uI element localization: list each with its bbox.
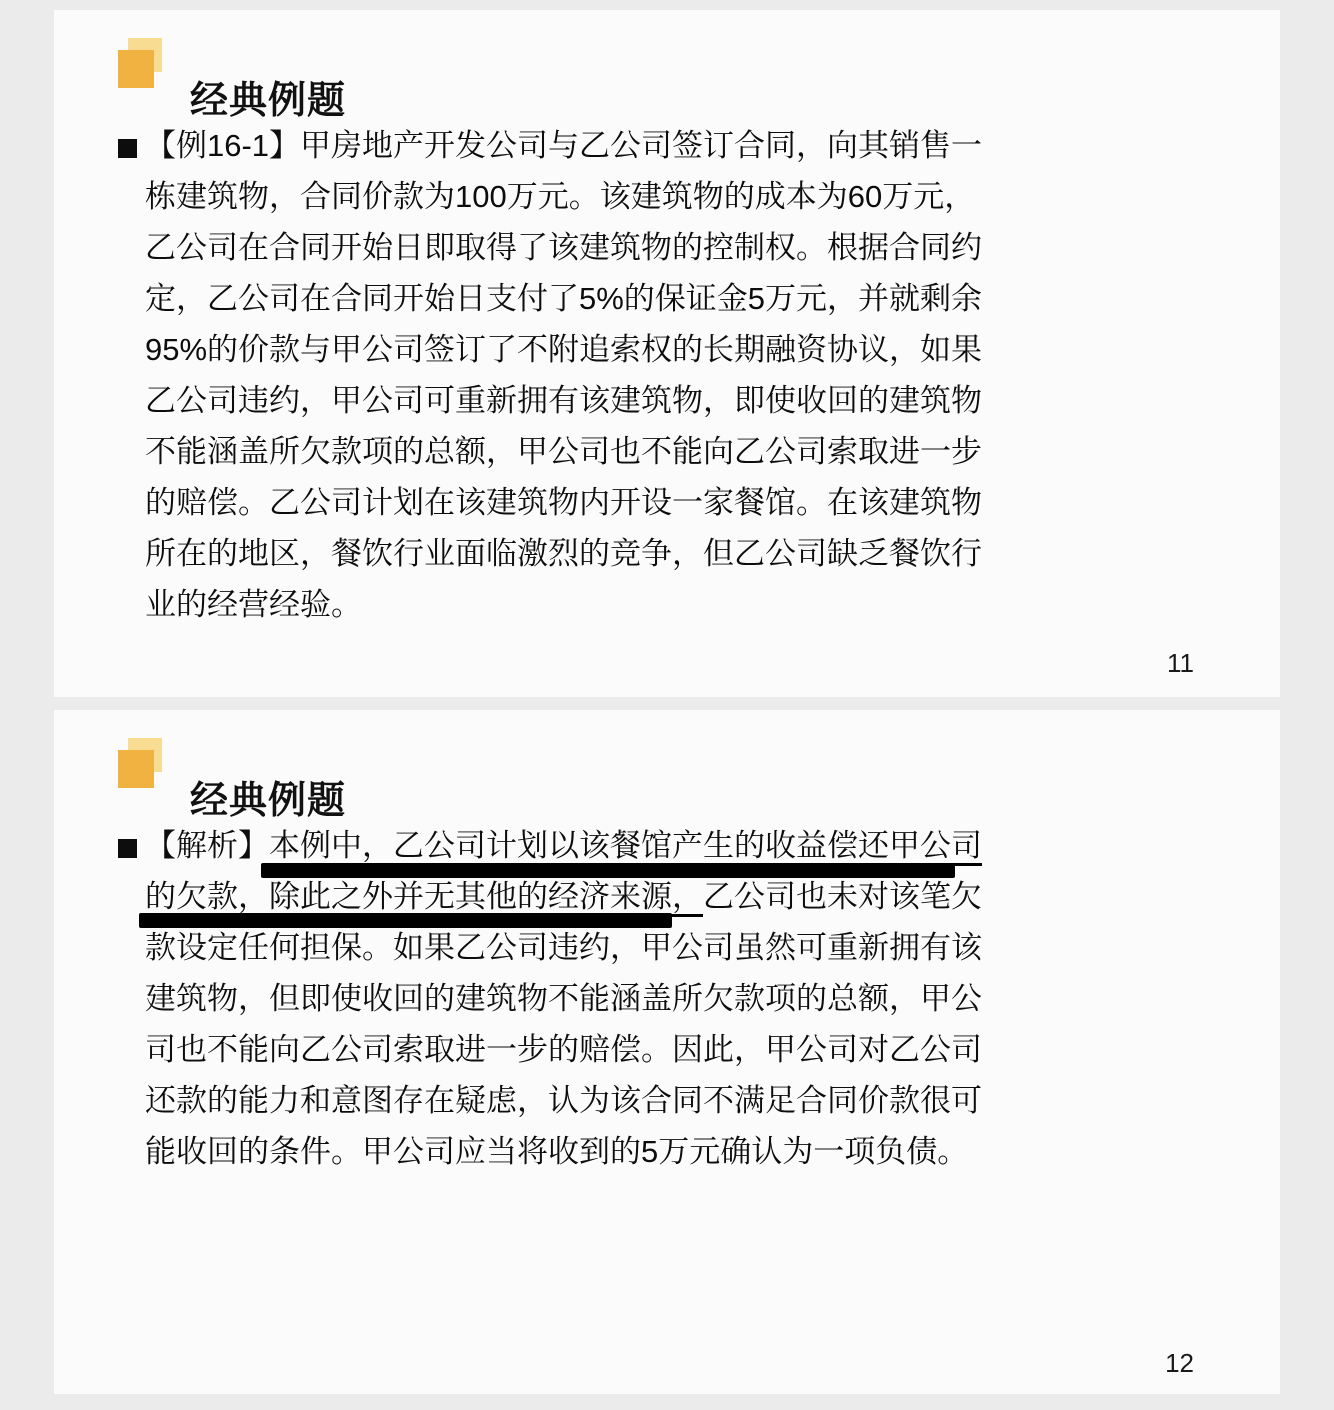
slide-page-12: 经典例题 【解析】本例中，乙公司计划以该餐馆产生的收益偿还甲公司的欠款，除此之外… (54, 710, 1280, 1394)
text-segment: 95%的价款与甲公司签订了不附追索权的长期融资协议，如果 (145, 332, 982, 367)
text-line: 业的经营经验。 (145, 579, 1005, 630)
text-line: 不能涵盖所欠款项的总额，甲公司也不能向乙公司索取进一步 (145, 426, 1005, 477)
slide-title: 经典例题 (190, 69, 346, 124)
text-line: 款设定任何担保。如果乙公司违约，甲公司虽然可重新拥有该 (145, 922, 1005, 973)
text-segment: 的赔偿。乙公司计划在该建筑物内开设一家餐馆。在该建筑物 (145, 485, 982, 520)
text-segment: 司也不能向乙公司索取进一步的赔偿。因此，甲公司对乙公司 (145, 1032, 982, 1067)
text-segment: 还款的能力和意图存在疑虑，认为该合同不满足合同价款很可 (145, 1083, 982, 1118)
text-line: 95%的价款与甲公司签订了不附追索权的长期融资协议，如果 (145, 324, 1005, 375)
hand-marker-underline (261, 863, 955, 878)
underlined-text-segment: 本例中，乙公司计划以该餐馆产生的收益偿还甲公司 (269, 828, 982, 866)
text-line: 能收回的条件。甲公司应当将收到的5万元确认为一项负债。 (145, 1126, 1005, 1177)
underlined-text-segment: 的欠款，除此之外并无其他的经济来源， (145, 879, 703, 917)
slide-page-11: 经典例题 【例16-1】甲房地产开发公司与乙公司签订合同，向其销售一栋建筑物，合… (54, 10, 1280, 697)
text-segment: 乙公司在合同开始日即取得了该建筑物的控制权。根据合同约 (145, 230, 982, 265)
example-paragraph: 【例16-1】甲房地产开发公司与乙公司签订合同，向其销售一栋建筑物，合同价款为1… (145, 120, 1005, 630)
title-badge-front-square-icon (118, 50, 154, 88)
text-line: 栋建筑物，合同价款为100万元。该建筑物的成本为60万元， (145, 171, 1005, 222)
text-segment: 乙公司违约，甲公司可重新拥有该建筑物，即使收回的建筑物 (145, 383, 982, 418)
title-badge-front-square-icon (118, 750, 154, 788)
text-line: 乙公司在合同开始日即取得了该建筑物的控制权。根据合同约 (145, 222, 1005, 273)
text-line: 定，乙公司在合同开始日支付了5%的保证金5万元，并就剩余 (145, 273, 1005, 324)
text-segment: 不能涵盖所欠款项的总额，甲公司也不能向乙公司索取进一步 (145, 434, 982, 469)
page-number: 11 (1167, 648, 1194, 679)
text-segment: 【例16-1】甲房地产开发公司与乙公司签订合同，向其销售一 (145, 128, 982, 163)
slide-title: 经典例题 (190, 769, 346, 824)
text-line: 还款的能力和意图存在疑虑，认为该合同不满足合同价款很可 (145, 1075, 1005, 1126)
text-line: 的赔偿。乙公司计划在该建筑物内开设一家餐馆。在该建筑物 (145, 477, 1005, 528)
text-line: 所在的地区，餐饮行业面临激烈的竞争，但乙公司缺乏餐饮行 (145, 528, 1005, 579)
text-line: 司也不能向乙公司索取进一步的赔偿。因此，甲公司对乙公司 (145, 1024, 1005, 1075)
text-segment: 建筑物，但即使收回的建筑物不能涵盖所欠款项的总额，甲公 (145, 981, 982, 1016)
text-segment: 【解析】 (145, 828, 269, 863)
text-segment: 乙公司也未对该笔欠 (703, 879, 982, 914)
text-segment: 定，乙公司在合同开始日支付了5%的保证金5万元，并就剩余 (145, 281, 982, 316)
text-segment: 所在的地区，餐饮行业面临激烈的竞争，但乙公司缺乏餐饮行 (145, 536, 982, 571)
bullet-square-icon (118, 139, 137, 158)
text-line: 乙公司违约，甲公司可重新拥有该建筑物，即使收回的建筑物 (145, 375, 1005, 426)
slides-viewer-page: 经典例题 【例16-1】甲房地产开发公司与乙公司签订合同，向其销售一栋建筑物，合… (0, 0, 1334, 1410)
text-line: 【例16-1】甲房地产开发公司与乙公司签订合同，向其销售一 (145, 120, 1005, 171)
text-segment: 栋建筑物，合同价款为100万元。该建筑物的成本为60万元， (145, 179, 975, 214)
hand-marker-underline (139, 913, 672, 928)
text-segment: 款设定任何担保。如果乙公司违约，甲公司虽然可重新拥有该 (145, 930, 982, 965)
page-number: 12 (1165, 1348, 1194, 1379)
bullet-square-icon (118, 839, 137, 858)
text-line: 建筑物，但即使收回的建筑物不能涵盖所欠款项的总额，甲公 (145, 973, 1005, 1024)
text-segment: 业的经营经验。 (145, 587, 362, 622)
text-segment: 能收回的条件。甲公司应当将收到的5万元确认为一项负债。 (145, 1134, 968, 1169)
